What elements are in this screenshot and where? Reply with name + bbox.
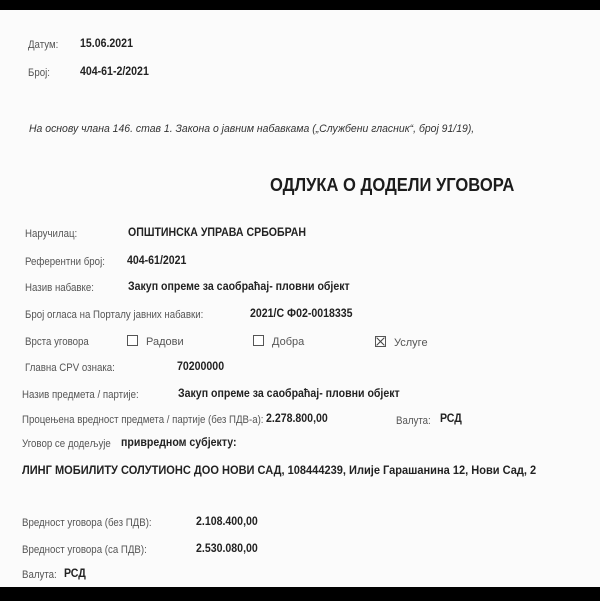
estimated-value: 2.278.800,00 bbox=[266, 413, 328, 425]
estimated-currency-label: Валута: bbox=[396, 415, 431, 427]
checkbox-services-checked[interactable] bbox=[375, 336, 386, 347]
subject-name-value: Закуп опреме за саобраћај- пловни објект bbox=[178, 388, 400, 400]
cpv-code-value: 70200000 bbox=[177, 361, 224, 373]
cpv-code-label: Главна CPV ознака: bbox=[25, 362, 115, 374]
document-page: Датум: 15.06.2021 Број: 404-61-2/2021 На… bbox=[0, 10, 600, 587]
currency-label: Валута: bbox=[22, 569, 57, 581]
date-label: Датум: bbox=[28, 39, 58, 51]
contract-type-option-services[interactable]: Услуге bbox=[375, 336, 428, 349]
awarded-to-label: Уговор се додељује bbox=[22, 438, 111, 450]
contract-type-label: Врста уговора bbox=[25, 336, 89, 348]
document-title: ОДЛУКА О ДОДЕЛИ УГОВОРА bbox=[270, 175, 514, 196]
portal-notice-label: Број огласа на Порталу јавних набавки: bbox=[25, 309, 203, 321]
number-value: 404-61-2/2021 bbox=[80, 66, 149, 78]
checkbox-goods[interactable] bbox=[253, 335, 264, 346]
awarded-company: ЛИНГ МОБИЛИТУ СОЛУТИОНС ДОО НОВИ САД, 10… bbox=[22, 463, 536, 477]
date-value: 15.06.2021 bbox=[80, 38, 133, 50]
estimated-value-label: Процењена вредност предмета / партије (б… bbox=[22, 414, 264, 426]
contract-value-with-vat: 2.530.080,00 bbox=[196, 543, 258, 555]
checkbox-works[interactable] bbox=[127, 335, 138, 346]
contract-value-with-vat-label: Вредност уговора (са ПДВ): bbox=[22, 544, 147, 556]
contract-type-option-works[interactable]: Радови bbox=[127, 335, 184, 348]
awarded-to-label-bold: привредном субјекту: bbox=[121, 437, 237, 449]
subject-name-label: Назив предмета / партије: bbox=[22, 389, 139, 401]
number-label: Број: bbox=[28, 67, 50, 79]
currency-value: РСД bbox=[64, 568, 86, 580]
portal-notice-value: 2021/С Ф02-0018335 bbox=[250, 308, 353, 320]
contracting-authority-value: ОПШТИНСКА УПРАВА СРБОБРАН bbox=[128, 227, 306, 239]
estimated-currency-value: РСД bbox=[440, 413, 462, 425]
contract-value-no-vat: 2.108.400,00 bbox=[196, 516, 258, 528]
procurement-name-value: Закуп опреме за саобраћај- пловни објект bbox=[128, 281, 350, 293]
procurement-name-label: Назив набавке: bbox=[25, 282, 94, 294]
intro-text: На основу члана 146. став 1. Закона о ја… bbox=[29, 123, 474, 135]
contracting-authority-label: Наручилац: bbox=[25, 228, 77, 240]
contract-type-option-goods[interactable]: Добра bbox=[253, 335, 304, 348]
contract-value-no-vat-label: Вредност уговора (без ПДВ): bbox=[22, 517, 152, 529]
reference-number-label: Референтни број: bbox=[25, 256, 105, 268]
reference-number-value: 404-61/2021 bbox=[127, 255, 186, 267]
